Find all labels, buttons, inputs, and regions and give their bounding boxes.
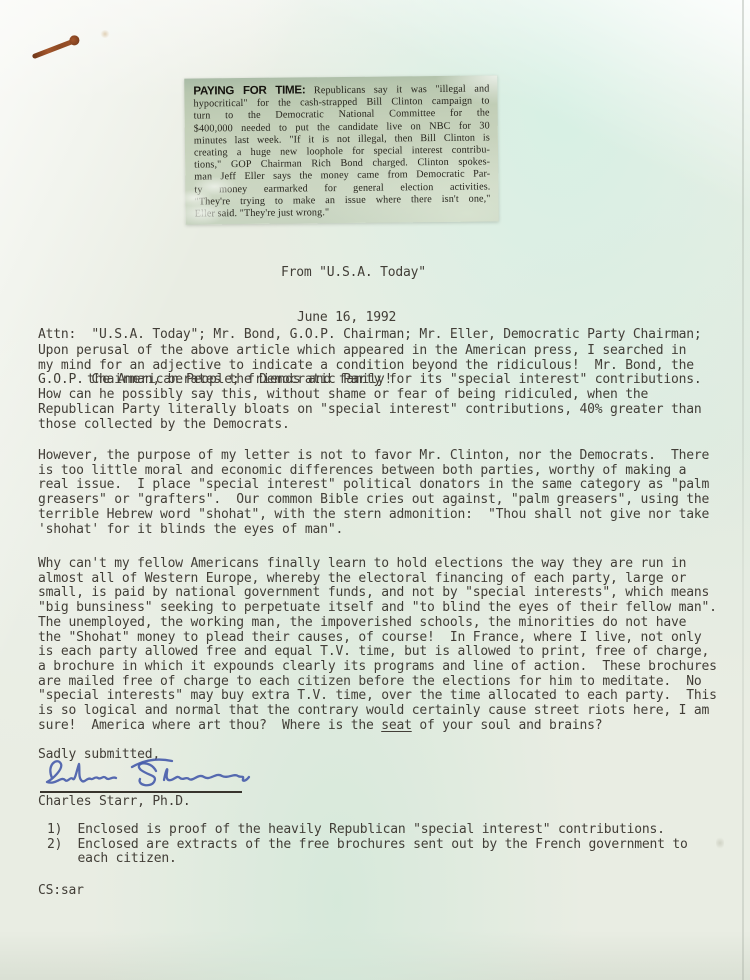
handwritten-signature <box>36 756 271 796</box>
clipping-headline: PAYING FOR TIME: <box>193 83 305 97</box>
paper-stain <box>100 30 110 38</box>
page-edge-crease <box>742 0 744 980</box>
source-from-line: From "U.S.A. Today" <box>281 266 426 281</box>
attention-line-1: Attn: "U.S.A. Today"; Mr. Bond, G.O.P. C… <box>38 328 702 343</box>
clipping-headline-rest: Republicans say it was "illegal and <box>305 83 489 96</box>
typed-signer-name: Charles Starr, Ph.D. <box>38 795 191 810</box>
paragraph-3-last-post: of your soul and brains? <box>412 718 603 733</box>
clipping-body: hypocritical" for the cash-strapped Bill… <box>193 96 490 221</box>
rusty-staple-mark <box>32 38 78 60</box>
scanned-letter-page: PAYING FOR TIME: Republicans say it was … <box>0 0 750 980</box>
reference-initials: CS:sar <box>38 884 84 899</box>
paragraph-2: However, the purpose of my letter is not… <box>38 449 709 537</box>
paragraph-3-last-line: sure! America where art thou? Where is t… <box>38 719 717 734</box>
paragraph-3-lines: Why can't my fellow Americans finally le… <box>38 557 717 719</box>
signature-underline <box>40 791 242 793</box>
underlined-word-seat: seat <box>381 718 412 733</box>
paragraph-1: Upon perusal of the above article which … <box>38 344 702 432</box>
paragraph-3: Why can't my fellow Americans finally le… <box>38 557 717 733</box>
paper-stain <box>716 836 724 850</box>
enclosure-list: 1) Enclosed is proof of the heavily Repu… <box>47 823 688 867</box>
clipping-line: Eller said. "They're just wrong." <box>195 205 491 220</box>
paragraph-3-last-pre: sure! America where art thou? Where is t… <box>38 718 381 733</box>
newspaper-clipping: PAYING FOR TIME: Republicans say it was … <box>184 75 499 224</box>
